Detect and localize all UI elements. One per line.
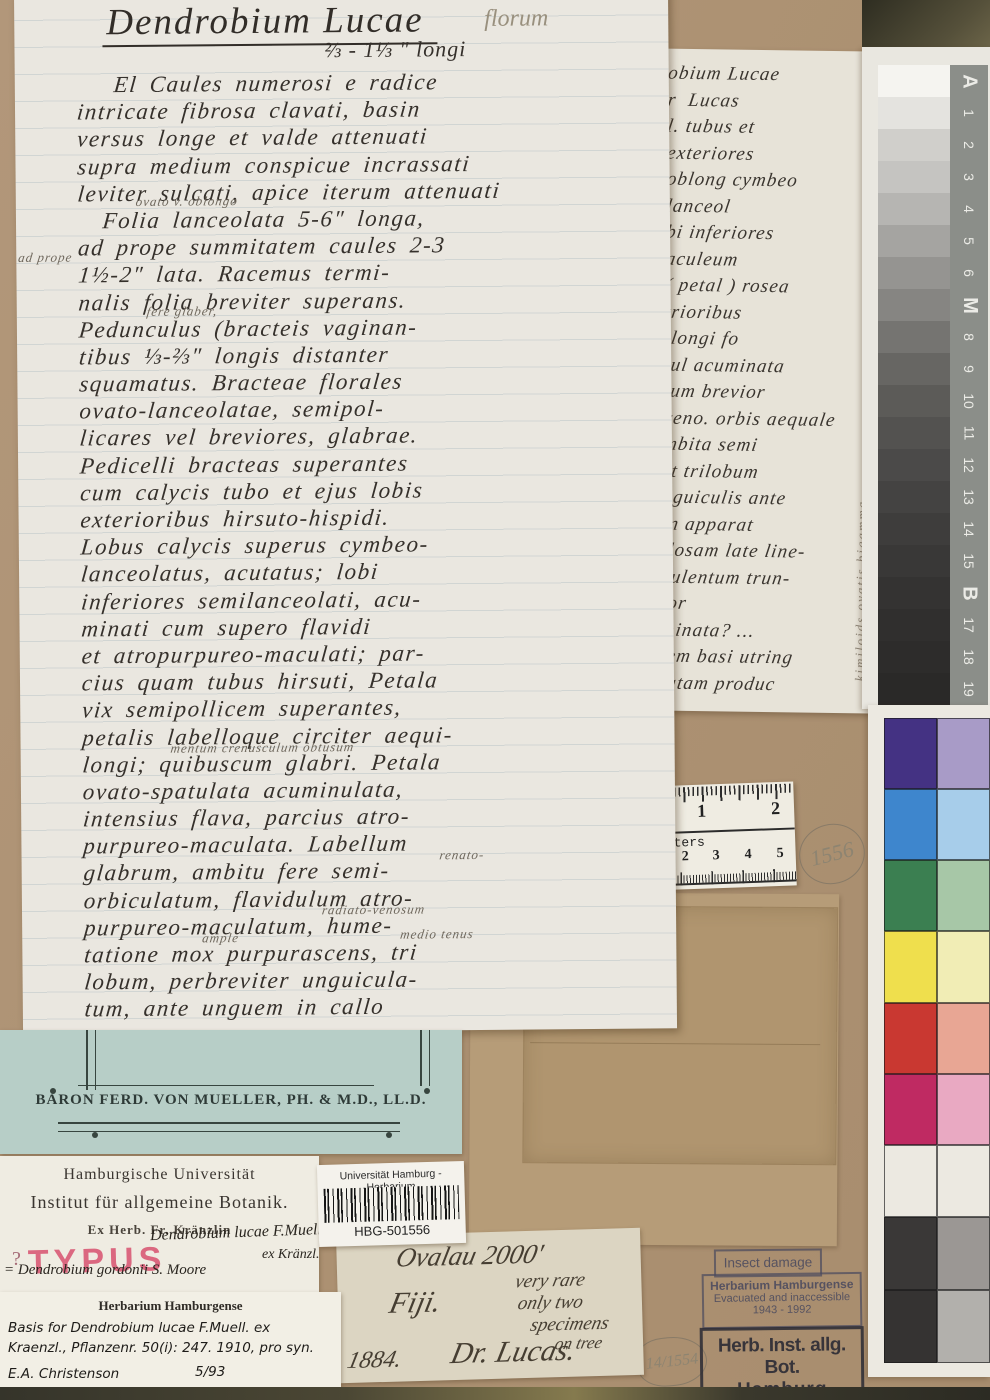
calibration-dark-header [862,0,990,47]
herb-inst-stamp-line1: Herb. Inst. allg. Bot. [703,1334,861,1380]
gray-patch [878,481,950,513]
gray-step-label-cell: 15 [950,545,988,577]
gray-patch [878,321,950,353]
ruler-cm-number: 3 [712,848,720,864]
basis-line-1: Basis for Dendrobium lucae F.Muell. ex [8,1320,270,1336]
color-patch-tint [937,1003,990,1074]
grayscale-step: 13 [878,481,988,513]
gray-step-label-cell: 19 [950,673,988,705]
grayscale-step: 6 [878,257,988,289]
ruler-inch-number: 2 [771,798,781,819]
gray-step-label-cell: B [950,577,988,609]
color-patch-saturated [884,1145,937,1217]
gray-step-label-cell: 10 [950,385,988,417]
color-chart-row [884,789,990,860]
grayscale-step: 15 [878,545,988,577]
gray-step-label: A [957,74,980,88]
color-patch-saturated [884,1003,937,1074]
manuscript-fragment-page: obium Lucaer Lucasl. tubus etexterioreso… [649,48,878,713]
manuscript-insert: ample [201,930,240,946]
ruler-cm-number: 5 [776,846,784,862]
gray-step-label-cell: 18 [950,641,988,673]
fragment-line: trioribus [653,299,877,329]
ruler-cm-number: 4 [744,847,752,863]
grayscale-step: 1 [878,97,988,129]
color-patch-tint [937,789,990,860]
color-patch-tint [937,1290,990,1363]
gray-step-label-cell: A [950,65,988,97]
gray-patch [878,193,950,225]
ruler-inch-number: 1 [697,801,707,822]
herb-inst-stamp: Herb. Inst. allg. Bot. Hamburg [700,1326,865,1394]
grayscale-step: 14 [878,513,988,545]
color-patch-saturated [884,1074,937,1145]
gray-step-label-cell: 3 [950,161,988,193]
gray-patch [878,353,950,385]
color-patch-tint [937,1217,990,1290]
gray-step-label: B [957,586,980,600]
gray-step-label: 3 [961,173,977,181]
gray-step-label-cell: 6 [950,257,988,289]
manuscript-insert: fere glaber, [146,303,219,320]
barcode [324,1185,460,1223]
fragment-line: nguiculis ante [650,484,874,514]
annotation-date: 5/93 [195,1364,225,1380]
determination-handwriting-2: ex Kränzl. [262,1247,320,1263]
gray-step-label: M [957,297,980,314]
color-patch-tint [937,718,990,789]
synonym-handwriting: = Dendrobium gordonii S. Moore [4,1262,206,1279]
fragment-line: mbita semi [651,431,875,461]
color-patch-saturated [884,1290,937,1363]
gray-patch [878,513,950,545]
collector-name: Dr. Lucas. [448,1334,580,1372]
fragment-line: tum brevior [652,378,876,408]
fragment-line: minata? ... [649,617,872,647]
gray-patch [878,417,950,449]
fragment-line: veno. orbis aequale [651,405,875,435]
gray-patch [878,577,950,609]
color-patch-tint [937,1074,990,1145]
color-chart-row [884,718,990,789]
fragment-line: in apparat [650,511,874,541]
grayscale-step: 10 [878,385,988,417]
gray-patch [878,257,950,289]
color-chart-row [884,1217,990,1290]
collection-region: Fiji. [386,1285,444,1321]
herbarium-sheet-scan: obium Lucaer Lucasl. tubus etexterioreso… [0,0,990,1400]
fragment-line: lor [649,590,873,620]
frame-ornament-bottom [58,1122,400,1132]
university-name: Hamburgische Universität [0,1166,319,1184]
manuscript-size-note: ⅔ - 1⅓ " longi [324,36,466,63]
fragment-line: exteriores [655,140,878,170]
hamburgense-header: Herbarium Hamburgense [0,1298,341,1314]
color-chart-row [884,1003,990,1074]
gray-step-label: 2 [961,141,977,149]
gray-step-label: 12 [961,457,977,473]
mueller-label: BARON FERD. VON MUELLER, PH. & M.D., LL.… [0,1030,462,1154]
grayscale-step: 19 [878,673,988,705]
gray-step-label-cell: M [950,289,988,321]
fragment-line: bi inferiores [654,220,878,250]
evacuated-stamp-line2: Evacuated and inaccessible [704,1291,860,1305]
gray-step-label: 14 [961,521,977,537]
collection-note-line: very rare [513,1269,587,1293]
grayscale-step: 8 [878,321,988,353]
evacuated-stamp: Herbarium Hamburgense Evacuated and inac… [702,1272,863,1329]
color-chart-row [884,931,990,1003]
grayscale-step: A [878,65,988,97]
color-patch-saturated [884,789,937,860]
fragment-line: culentum trun- [649,564,873,594]
manuscript-insert: radiato-venosum [321,901,426,918]
collection-note-line: only two [516,1291,586,1315]
manuscript-insert: ovato v. oblongo [135,193,239,210]
frame-ornament-rule [78,1085,374,1086]
gray-patch [878,449,950,481]
gray-step-label: 10 [961,393,977,409]
pencil-circled-number: 1556 [793,817,872,891]
pencil-accession-number: 14/1554 [635,1333,710,1389]
gray-step-label-cell: 12 [950,449,988,481]
evacuated-stamp-line3: 1943 - 1992 [704,1303,860,1317]
fragment-line: lanceol [654,193,878,223]
grayscale-step: 2 [878,129,988,161]
grayscale-steps: A 1 2 [878,65,988,705]
scan-edge-strip [0,1387,990,1400]
gray-step-label-cell: 9 [950,353,988,385]
color-patch-saturated [884,860,937,931]
fragment-line: tem basi utring [649,643,872,673]
gray-step-label-cell: 4 [950,193,988,225]
fragment-line: ilongi fo [653,325,877,355]
gray-step-label: 18 [961,649,977,665]
color-chart-row [884,1290,990,1363]
manuscript-insert: renato- [438,847,485,863]
gray-step-label: 8 [961,333,977,341]
frame-ornament-dot [92,1132,98,1138]
frame-ornament-left [86,1030,96,1090]
barcode-number: HBG-501556 [319,1221,466,1240]
gray-step-label-cell: 13 [950,481,988,513]
gray-patch [878,225,950,257]
color-chart-row [884,1074,990,1145]
color-calibration-chart [868,705,990,1377]
grayscale-step: 4 [878,193,988,225]
hamburgense-label: Herbarium Hamburgense Basis for Dendrobi… [0,1292,341,1391]
color-chart-rows [884,718,990,1363]
grayscale-calibration-strip: A 1 2 [862,47,990,709]
gray-patch [878,385,950,417]
fragment-line: tul acuminata [652,352,876,382]
annotator-name: E.A. Christenson [8,1366,119,1382]
barcode-label: Universität Hamburg - Herbarium HBG-5015… [317,1161,466,1247]
gray-step-label: 17 [961,617,977,633]
gray-step-label: 13 [961,489,977,505]
color-patch-saturated [884,931,937,1003]
color-patch-saturated [884,1217,937,1290]
manuscript-line: vix semipollicem superantes, [81,692,664,724]
fragment-line: r Lucas [656,87,879,117]
gray-patch [878,161,950,193]
grayscale-step: 11 [878,417,988,449]
gray-patch [878,609,950,641]
grayscale-step: 12 [878,449,988,481]
gray-step-label: 5 [961,237,977,245]
color-patch-tint [937,931,990,1003]
gray-step-label: 6 [961,269,977,277]
color-chart-row [884,860,990,931]
fragment-line: st trilobum [651,458,875,488]
grayscale-step: 5 [878,225,988,257]
manuscript-page: Dendrobium Lucae florum ⅔ - 1⅓ " longi E… [14,0,677,1034]
grayscale-step: 18 [878,641,988,673]
grayscale-step: B [878,577,988,609]
fragment-line: l. tubus et [655,114,878,144]
gray-step-label-cell: 5 [950,225,988,257]
manuscript-insert: ad prope [17,249,73,265]
gray-step-label-cell: 8 [950,321,988,353]
gray-step-label: 15 [961,553,977,569]
gray-patch [878,97,950,129]
mueller-label-text: BARON FERD. VON MUELLER, PH. & M.D., LL.… [0,1092,462,1109]
manuscript-insert: mentum crenusculum obtusum [170,739,356,757]
gray-step-label-cell: 2 [950,129,988,161]
ruler-cm-number: 2 [681,849,689,865]
gray-step-label-cell: 17 [950,609,988,641]
fragment-line: obium Lucae [656,61,878,91]
gray-patch [878,545,950,577]
gray-step-label: 4 [961,205,977,213]
frame-ornament-right [420,1030,430,1086]
gray-step-label: 19 [961,681,977,697]
gray-patch [878,641,950,673]
fragment-line: llosam late line- [650,537,874,567]
gray-patch [878,289,950,321]
fragment-line: ( petal ) rosea [653,273,877,303]
gray-step-label-cell: 14 [950,513,988,545]
manuscript-title-pencil-annotation: florum [484,5,548,33]
collection-note: Ovalau 2000' Fiji. very rare only two sp… [336,1228,644,1383]
basis-line-2: Kraenzl., Pflanzenr. 50(i): 247. 1910, p… [8,1340,314,1356]
grayscale-step: 9 [878,353,988,385]
gray-patch [878,65,950,97]
institute-name: Institut für allgemeine Botanik. [0,1192,319,1213]
color-patch-tint [937,1145,990,1217]
color-patch-tint [937,860,990,931]
gray-step-label: 11 [961,426,977,441]
fragment-line: latam produc [649,670,871,700]
collection-year: 1884. [345,1346,405,1375]
grayscale-step: M [878,289,988,321]
color-patch-saturated [884,718,937,789]
gray-step-label: 9 [961,365,977,373]
manuscript-line: 1½-2" lata. Racemus termi- [77,257,660,289]
gray-step-label-cell: 1 [950,97,988,129]
gray-step-label-cell: 11 [950,417,988,449]
manuscript-line: tum, ante unguem in callo [84,991,667,1023]
gray-step-label: 1 [961,109,977,117]
manuscript-text-block: El Caules numerosi e radiceintricate fib… [77,66,665,1023]
gray-patch [878,673,950,705]
color-chart-row [884,1145,990,1217]
gray-patch [878,129,950,161]
manuscript-insert: medio tenus [399,926,475,943]
fragment-text-block: obium Lucaer Lucasl. tubus etexterioreso… [650,48,879,699]
grayscale-step: 3 [878,161,988,193]
frame-ornament-dot [386,1132,392,1138]
fragment-line: aculeum [654,246,878,276]
grayscale-step: 17 [878,609,988,641]
fragment-line: oblong cymbeo [655,167,879,197]
